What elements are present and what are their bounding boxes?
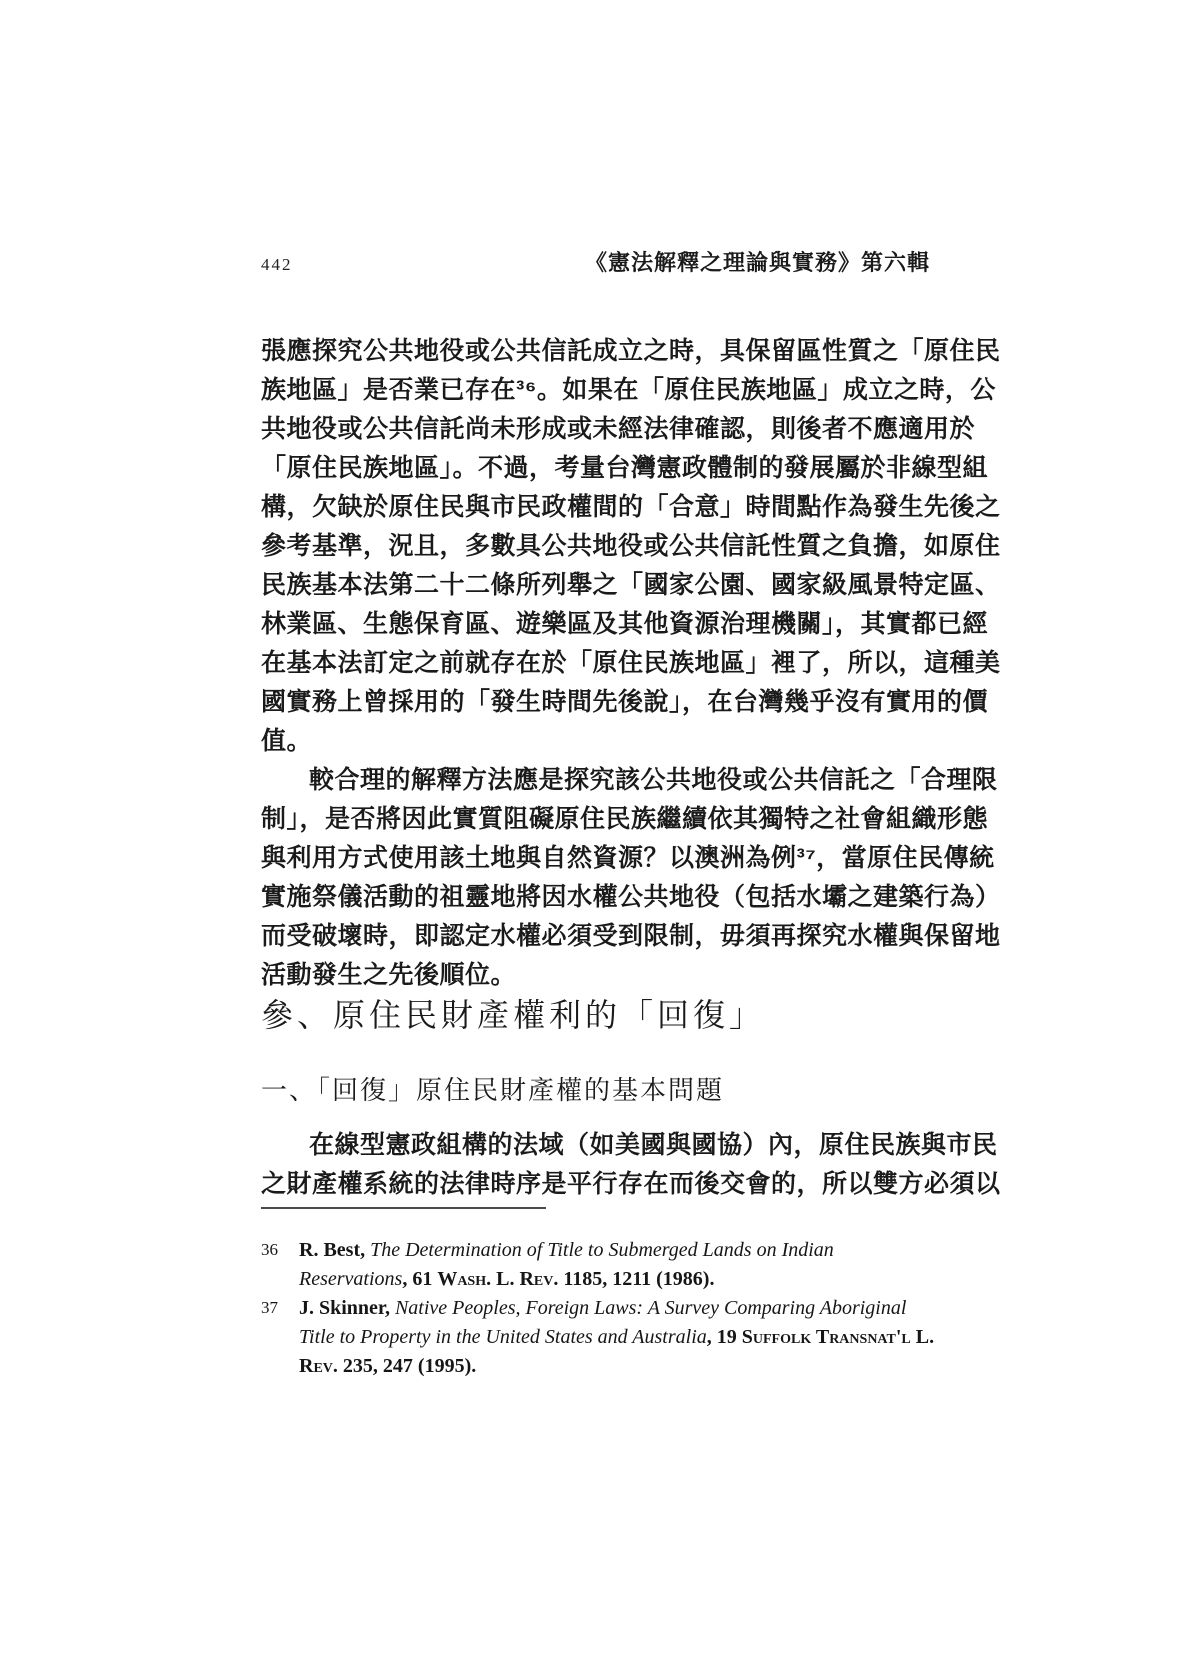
paragraph-3: 在線型憲政組構的法域（如美國與國協）內，原住民族與市民之財產權系統的法律時序是平… — [261, 1126, 933, 1204]
footnote-text: R. Best, The Determination of Title to S… — [299, 1236, 935, 1294]
section-heading: 參、原住民財產權利的「回復」 — [261, 990, 765, 1036]
text-line: 構，欠缺於原住民與市民政權間的「合意」時間點作為發生先後之 — [261, 488, 933, 527]
text-line: 民族基本法第二十二條所列舉之「國家公園、國家級風景特定區、 — [261, 566, 933, 605]
citation-segment-smallcaps: Wash. L. Rev. — [437, 1268, 558, 1290]
text-line: 較合理的解釋方法應是探究該公共地役或公共信託之「合理限 — [261, 761, 933, 800]
page-number: 442 — [261, 255, 293, 275]
text-line: 族地區」是否業已存在³⁶。如果在「原住民族地區」成立之時，公 — [261, 371, 933, 410]
text-line: 共地役或公共信託尚未形成或未經法律確認，則後者不應適用於 — [261, 410, 933, 449]
text-line: 之財產權系統的法律時序是平行存在而後交會的，所以雙方必須以 — [261, 1165, 933, 1204]
document-page: 442 《憲法解釋之理論與實務》第六輯 張應探究公共地役或公共信託成立之時，具保… — [0, 0, 1177, 1664]
paragraph-1: 張應探究公共地役或公共信託成立之時，具保留區性質之「原住民族地區」是否業已存在³… — [261, 332, 933, 761]
subsection-heading: 一、「回復」原住民財產權的基本問題 — [261, 1070, 724, 1107]
footnote: 36R. Best, The Determination of Title to… — [261, 1236, 935, 1294]
footnote: 37J. Skinner, Native Peoples, Foreign La… — [261, 1294, 935, 1381]
text-line: 林業區、生態保育區、遊樂區及其他資源治理機關」，其實都已經 — [261, 605, 933, 644]
text-line: 而受破壞時，即認定水權必須受到限制，毋須再探究水權與保留地 — [261, 917, 933, 956]
citation-segment-roman: , 61 — [402, 1268, 437, 1290]
footnote-number: 36 — [261, 1235, 299, 1293]
running-title: 《憲法解釋之理論與實務》第六輯 — [585, 246, 930, 277]
footnotes: 36R. Best, The Determination of Title to… — [261, 1236, 935, 1381]
footnote-separator — [261, 1207, 546, 1209]
text-line: 在線型憲政組構的法域（如美國與國協）內，原住民族與市民 — [261, 1126, 933, 1165]
citation-segment-roman: , 19 — [707, 1326, 742, 1348]
text-line: 制」，是否將因此實質阻礙原住民族繼續依其獨特之社會組織形態 — [261, 800, 933, 839]
page-header: 442 《憲法解釋之理論與實務》第六輯 — [261, 246, 930, 277]
text-line: 張應探究公共地役或公共信託成立之時，具保留區性質之「原住民 — [261, 332, 933, 371]
text-line: 值。 — [261, 722, 933, 761]
citation-segment-roman: J. Skinner, — [299, 1297, 395, 1319]
text-line: 參考基準，況且，多數具公共地役或公共信託性質之負擔，如原住 — [261, 527, 933, 566]
footnote-number: 37 — [261, 1293, 299, 1380]
citation-segment-roman: 1185, 1211 (1986). — [558, 1268, 714, 1290]
text-line: 與利用方式使用該土地與自然資源？以澳洲為例³⁷，當原住民傳統 — [261, 839, 933, 878]
text-line: 國實務上曾採用的「發生時間先後說」，在台灣幾乎沒有實用的價 — [261, 683, 933, 722]
text-line: 實施祭儀活動的祖靈地將因水權公共地役（包括水壩之建築行為） — [261, 878, 933, 917]
citation-segment-roman: 235, 247 (1995). — [338, 1355, 476, 1377]
paragraph-2: 較合理的解釋方法應是探究該公共地役或公共信託之「合理限制」，是否將因此實質阻礙原… — [261, 761, 933, 995]
footnote-text: J. Skinner, Native Peoples, Foreign Laws… — [299, 1294, 935, 1381]
citation-segment-roman: R. Best, — [299, 1239, 370, 1261]
text-line: 「原住民族地區」。不過，考量台灣憲政體制的發展屬於非線型組 — [261, 449, 933, 488]
main-text-block: 張應探究公共地役或公共信託成立之時，具保留區性質之「原住民族地區」是否業已存在³… — [261, 332, 933, 995]
text-line: 在基本法訂定之前就存在於「原住民族地區」裡了，所以，這種美 — [261, 644, 933, 683]
